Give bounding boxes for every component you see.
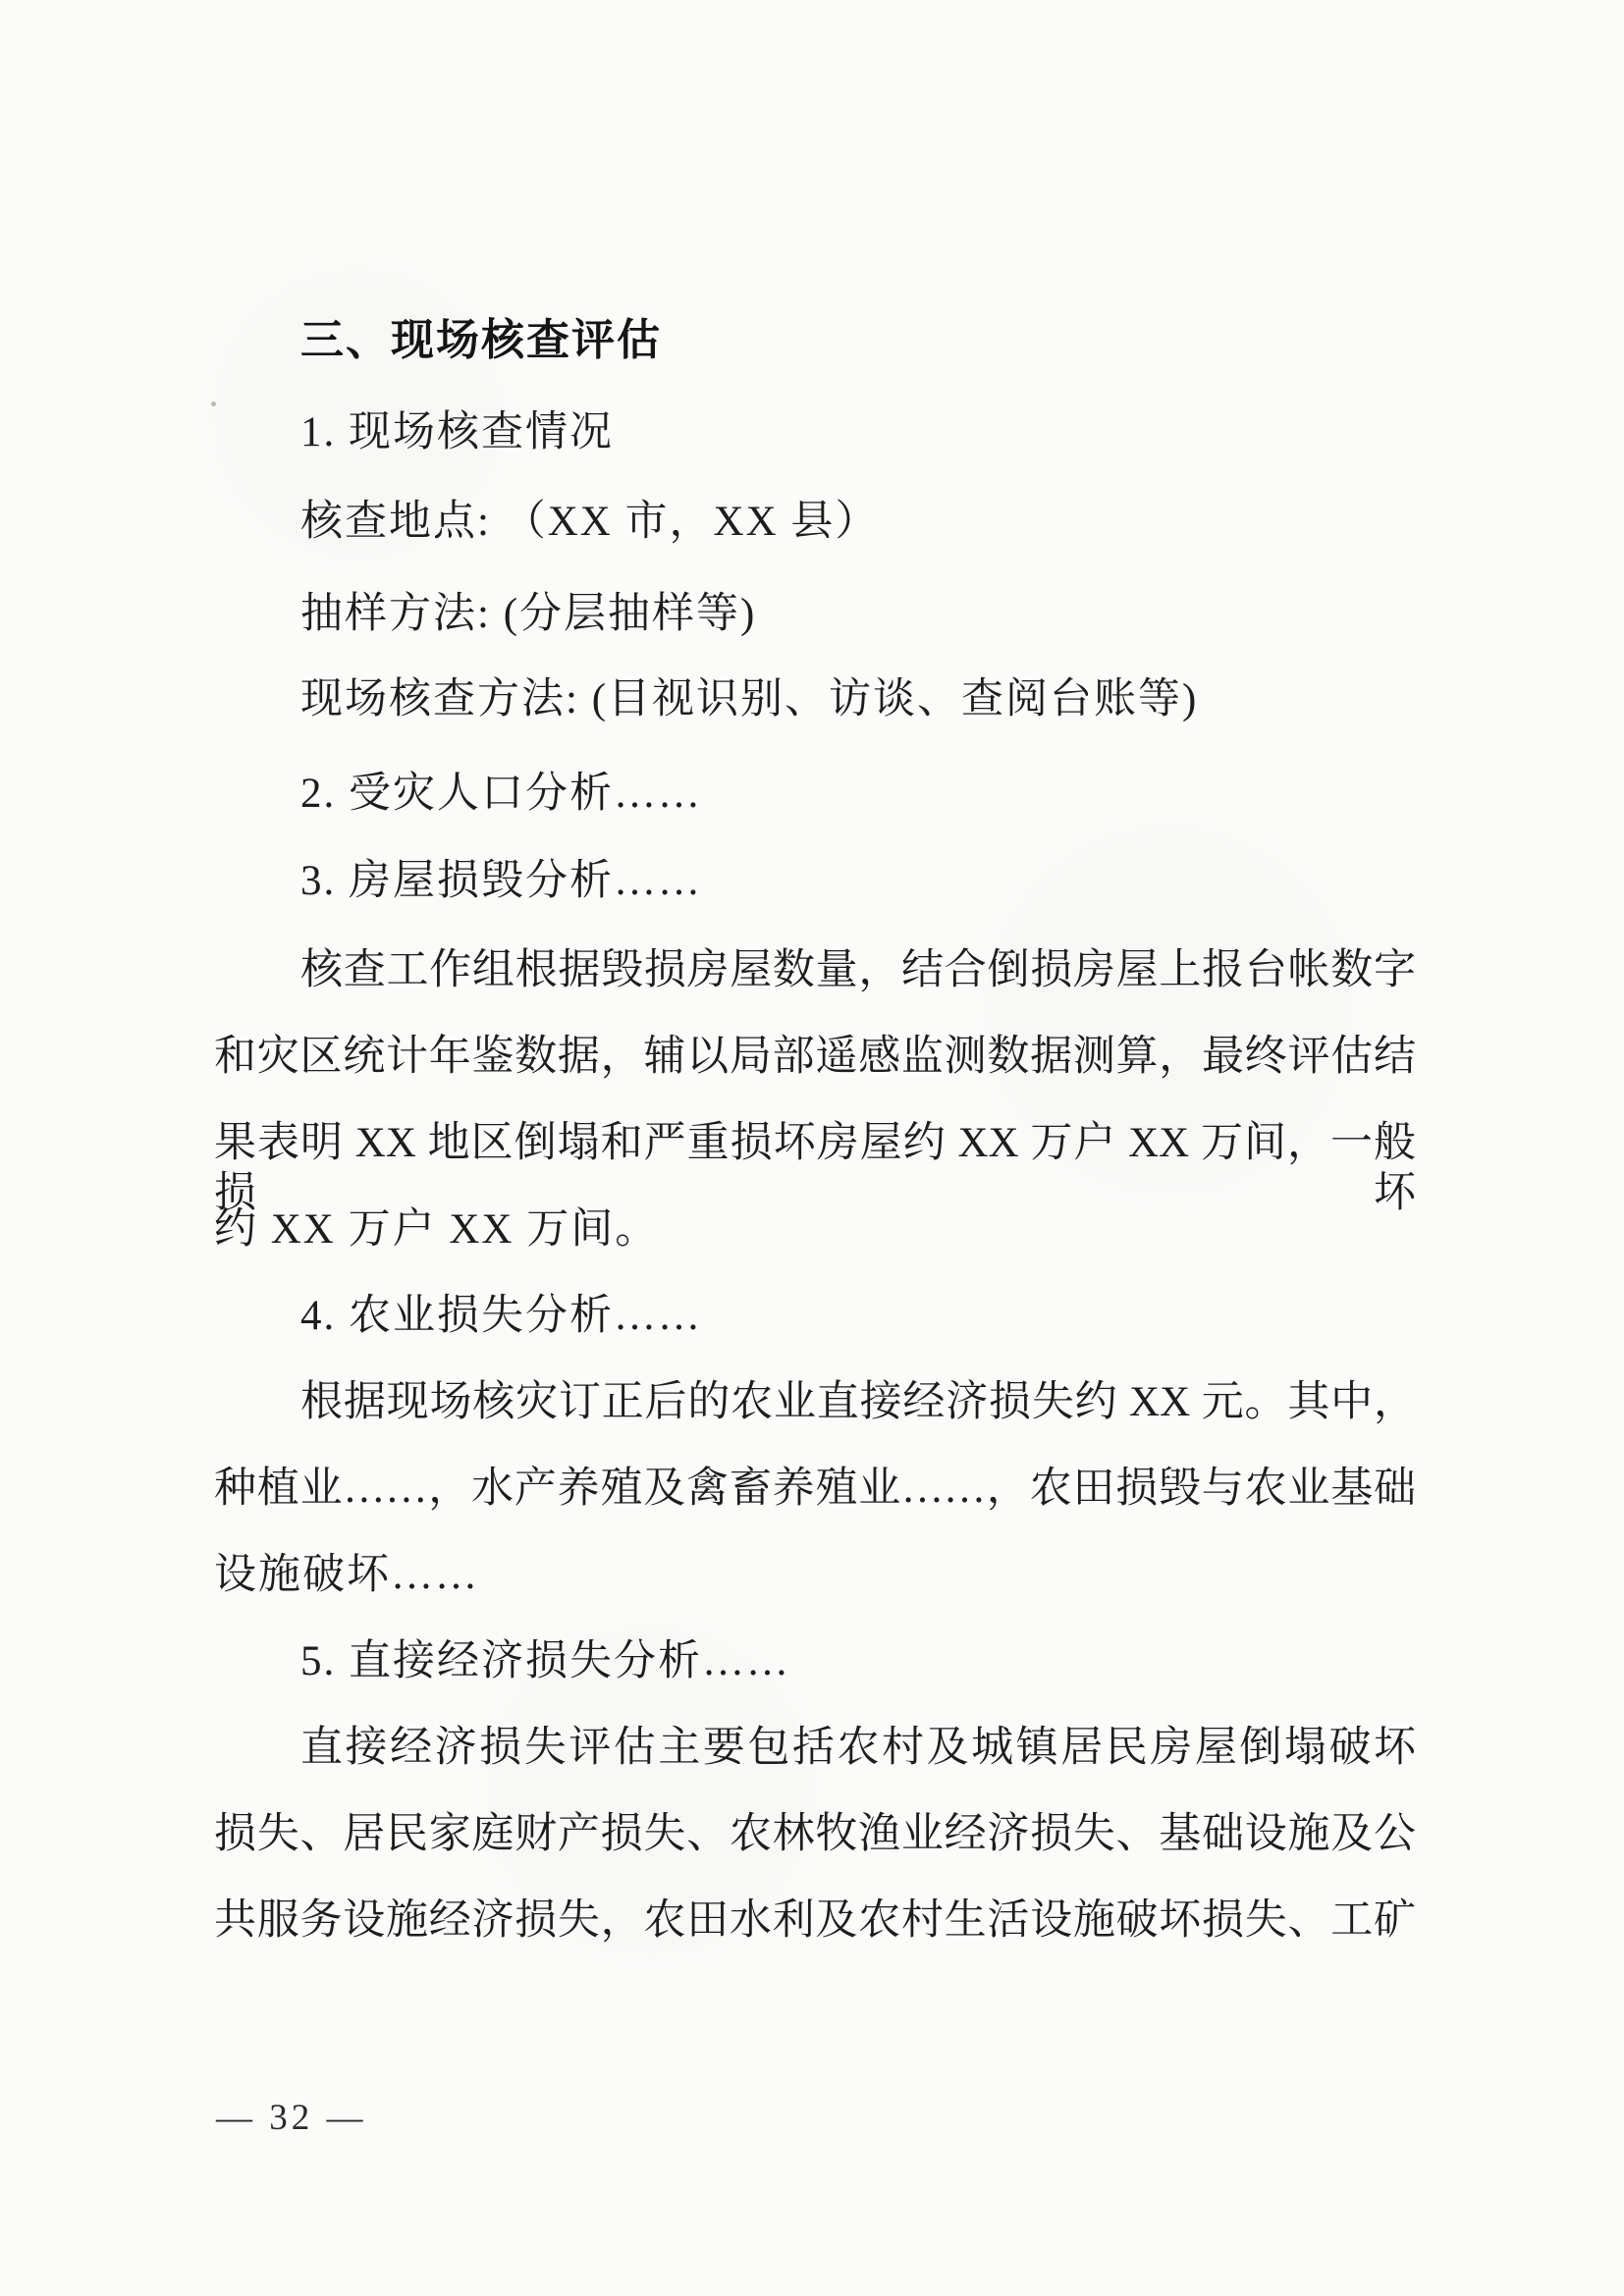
paragraph-economic-line-3: 共服务设施经济损失，农田水利及农村生活设施破坏损失、工矿 <box>214 1896 1416 1947</box>
list-item-2: 2. 受灾人口分析…… <box>300 770 702 820</box>
page-number: — 32 — <box>216 2097 367 2139</box>
field-check-method: 现场核查方法: (目视识别、访谈、查阅台账等) <box>300 675 1198 725</box>
paragraph-housing-line-2: 和灾区统计年鉴数据，辅以局部遥感监测数据测算，最终评估结 <box>214 1033 1416 1083</box>
paragraph-economic-line-1: 直接经济损失评估主要包括农村及城镇居民房屋倒塌破坏 <box>300 1724 1416 1774</box>
paragraph-agriculture-line-2: 种植业……，水产养殖及禽畜养殖业……，农田损毁与农业基础 <box>214 1465 1416 1515</box>
paragraph-economic-line-2: 损失、居民家庭财产损失、农林牧渔业经济损失、基础设施及公 <box>214 1810 1416 1860</box>
field-sampling-method: 抽样方法: (分层抽样等) <box>300 590 756 640</box>
list-item-3: 3. 房屋损毁分析…… <box>300 857 702 907</box>
paragraph-housing-line-3: 果表明 XX 地区倒塌和严重损坏房屋约 XX 万户 XX 万间，一般损坏 <box>214 1119 1416 1218</box>
paragraph-agriculture-line-1: 根据现场核灾订正后的农业直接经济损失约 XX 元。其中， <box>300 1378 1416 1428</box>
paragraph-housing-line-1: 核查工作组根据毁损房屋数量，结合倒损房屋上报台帐数字 <box>300 946 1416 996</box>
field-check-location: 核查地点: （XX 市，XX 县） <box>300 498 879 548</box>
document-page: 三、现场核查评估 1. 现场核查情况 核查地点: （XX 市，XX 县） 抽样方… <box>0 0 1624 2296</box>
paragraph-agriculture-line-3: 设施破坏…… <box>214 1551 479 1601</box>
section-heading: 三、现场核查评估 <box>300 316 662 366</box>
scan-noise-speck <box>211 401 216 406</box>
paragraph-housing-line-4: 约 XX 万户 XX 万间。 <box>214 1205 659 1255</box>
list-item-5: 5. 直接经济损失分析…… <box>300 1637 790 1687</box>
list-item-1: 1. 现场核查情况 <box>300 408 614 458</box>
list-item-4: 4. 农业损失分析…… <box>300 1292 702 1342</box>
